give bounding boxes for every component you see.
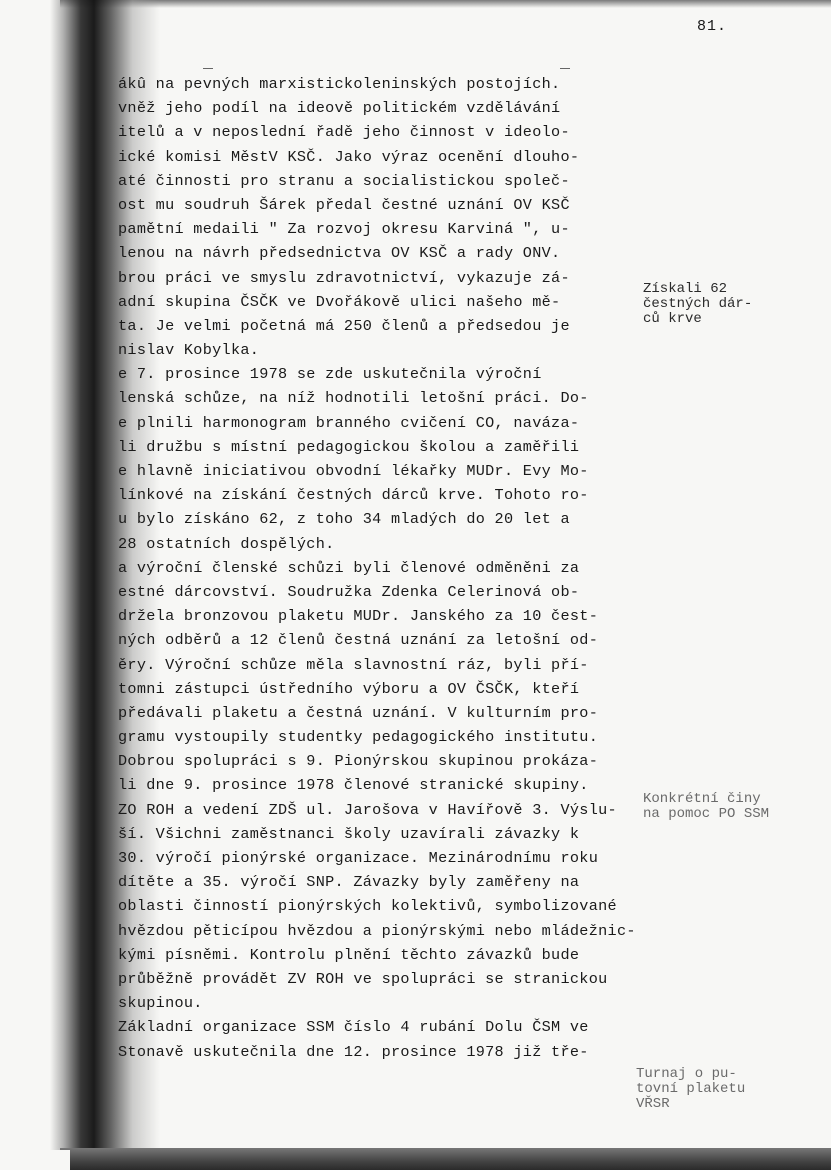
text-line: itelů a v neposlední řadě jeho činnost v…	[118, 120, 628, 144]
text-line: průběžně provádět ZV ROH ve spolupráci s…	[118, 967, 628, 991]
text-line: ta. Je velmi početná má 250 členů a před…	[118, 314, 628, 338]
text-line: nislav Kobylka.	[118, 338, 628, 362]
text-line: e 7. prosince 1978 se zde uskutečnila vý…	[118, 362, 628, 386]
page-bottom-edge	[60, 1148, 831, 1170]
body-text: ákû na pevných marxistickoleninských pos…	[118, 72, 628, 1064]
margin-note-line: Získali 62	[643, 282, 752, 297]
page-corner	[0, 1150, 70, 1170]
text-line: hvězdou pěticípou hvězdou a pionýrskými …	[118, 919, 628, 943]
text-line: Základní organizace SSM číslo 4 rubání D…	[118, 1015, 628, 1039]
margin-note-pioneer-help: Konkrétní činy na pomoc PO SSM	[643, 792, 769, 822]
margin-note-line: Konkrétní činy	[643, 792, 769, 807]
margin-note-line: na pomoc PO SSM	[643, 807, 769, 822]
page-top-shadow	[60, 0, 831, 8]
text-line: oblasti činností pionýrských kolektivů, …	[118, 894, 628, 918]
text-line: até činnosti pro stranu a socialistickou…	[118, 169, 628, 193]
page-number: 81.	[697, 18, 727, 35]
scanned-page: 81. ákû na pevných marxistickoleninských…	[0, 0, 831, 1170]
text-line: brou práci ve smyslu zdravotnictví, vyka…	[118, 266, 628, 290]
text-line: estné dárcovství. Soudružka Zdenka Celer…	[118, 580, 628, 604]
text-line: držela bronzovou plaketu MUDr. Janského …	[118, 604, 628, 628]
text-line: ZO ROH a vedení ZDŠ ul. Jarošova v Havíř…	[118, 798, 628, 822]
text-line: u bylo získáno 62, z toho 34 mladých do …	[118, 507, 628, 531]
text-line: 30. výročí pionýrské organizace. Mezinár…	[118, 846, 628, 870]
margin-tick	[560, 68, 570, 69]
text-line: lenou na návrh předsednictva OV KSČ a ra…	[118, 241, 628, 265]
text-line: lenská schůze, na níž hodnotili letošní …	[118, 386, 628, 410]
margin-note-line: čestných dár-	[643, 297, 752, 312]
text-line: ných odběrů a 12 členů čestná uznání za …	[118, 628, 628, 652]
text-line: předávali plaketu a čestná uznání. V kul…	[118, 701, 628, 725]
text-line: pamětní medaili " Za rozvoj okresu Karvi…	[118, 217, 628, 241]
text-line: Stonavě uskutečnila dne 12. prosince 197…	[118, 1040, 628, 1064]
text-line: gramu vystoupily studentky pedagogického…	[118, 725, 628, 749]
margin-note-tournament: Turnaj o pu- tovní plaketu VŘSR	[636, 1067, 745, 1112]
margin-tick	[203, 68, 213, 69]
text-line: e hlavně iniciativou obvodní lékařky MUD…	[118, 459, 628, 483]
text-line: vněž jeho podíl na ideově politickém vzd…	[118, 96, 628, 120]
text-line: ické komisi MěstV KSČ. Jako výraz oceněn…	[118, 145, 628, 169]
text-line: kými písněmi. Kontrolu plnění těchto záv…	[118, 943, 628, 967]
text-line: ší. Všichni zaměstnanci školy uzavírali …	[118, 822, 628, 846]
text-line: skupinou.	[118, 991, 628, 1015]
text-line: tomni zástupci ústředního výboru a OV ČS…	[118, 677, 628, 701]
margin-note-line: Turnaj o pu-	[636, 1067, 745, 1082]
margin-note-line: ců krve	[643, 312, 752, 327]
text-line: ěry. Výroční schůze měla slavnostní ráz,…	[118, 653, 628, 677]
text-line: ost mu soudruh Šárek předal čestné uznán…	[118, 193, 628, 217]
text-line: li dne 9. prosince 1978 členové stranick…	[118, 773, 628, 797]
margin-note-line: VŘSR	[636, 1097, 745, 1112]
margin-note-blood-donors: Získali 62 čestných dár- ců krve	[643, 282, 752, 327]
margin-note-line: tovní plaketu	[636, 1082, 745, 1097]
text-line: Dobrou spolupráci s 9. Pionýrskou skupin…	[118, 749, 628, 773]
text-line: 28 ostatních dospělých.	[118, 532, 628, 556]
text-line: e plnili harmonogram branného cvičení CO…	[118, 411, 628, 435]
text-line: li družbu s místní pedagogickou školou a…	[118, 435, 628, 459]
text-line: adní skupina ČSČK ve Dvořákově ulici naš…	[118, 290, 628, 314]
text-line: a výroční členské schůzi byli členové od…	[118, 556, 628, 580]
text-line: dítěte a 35. výročí SNP. Závazky byly za…	[118, 870, 628, 894]
text-line: ákû na pevných marxistickoleninských pos…	[118, 72, 628, 96]
text-line: línkové na získání čestných dárců krve. …	[118, 483, 628, 507]
